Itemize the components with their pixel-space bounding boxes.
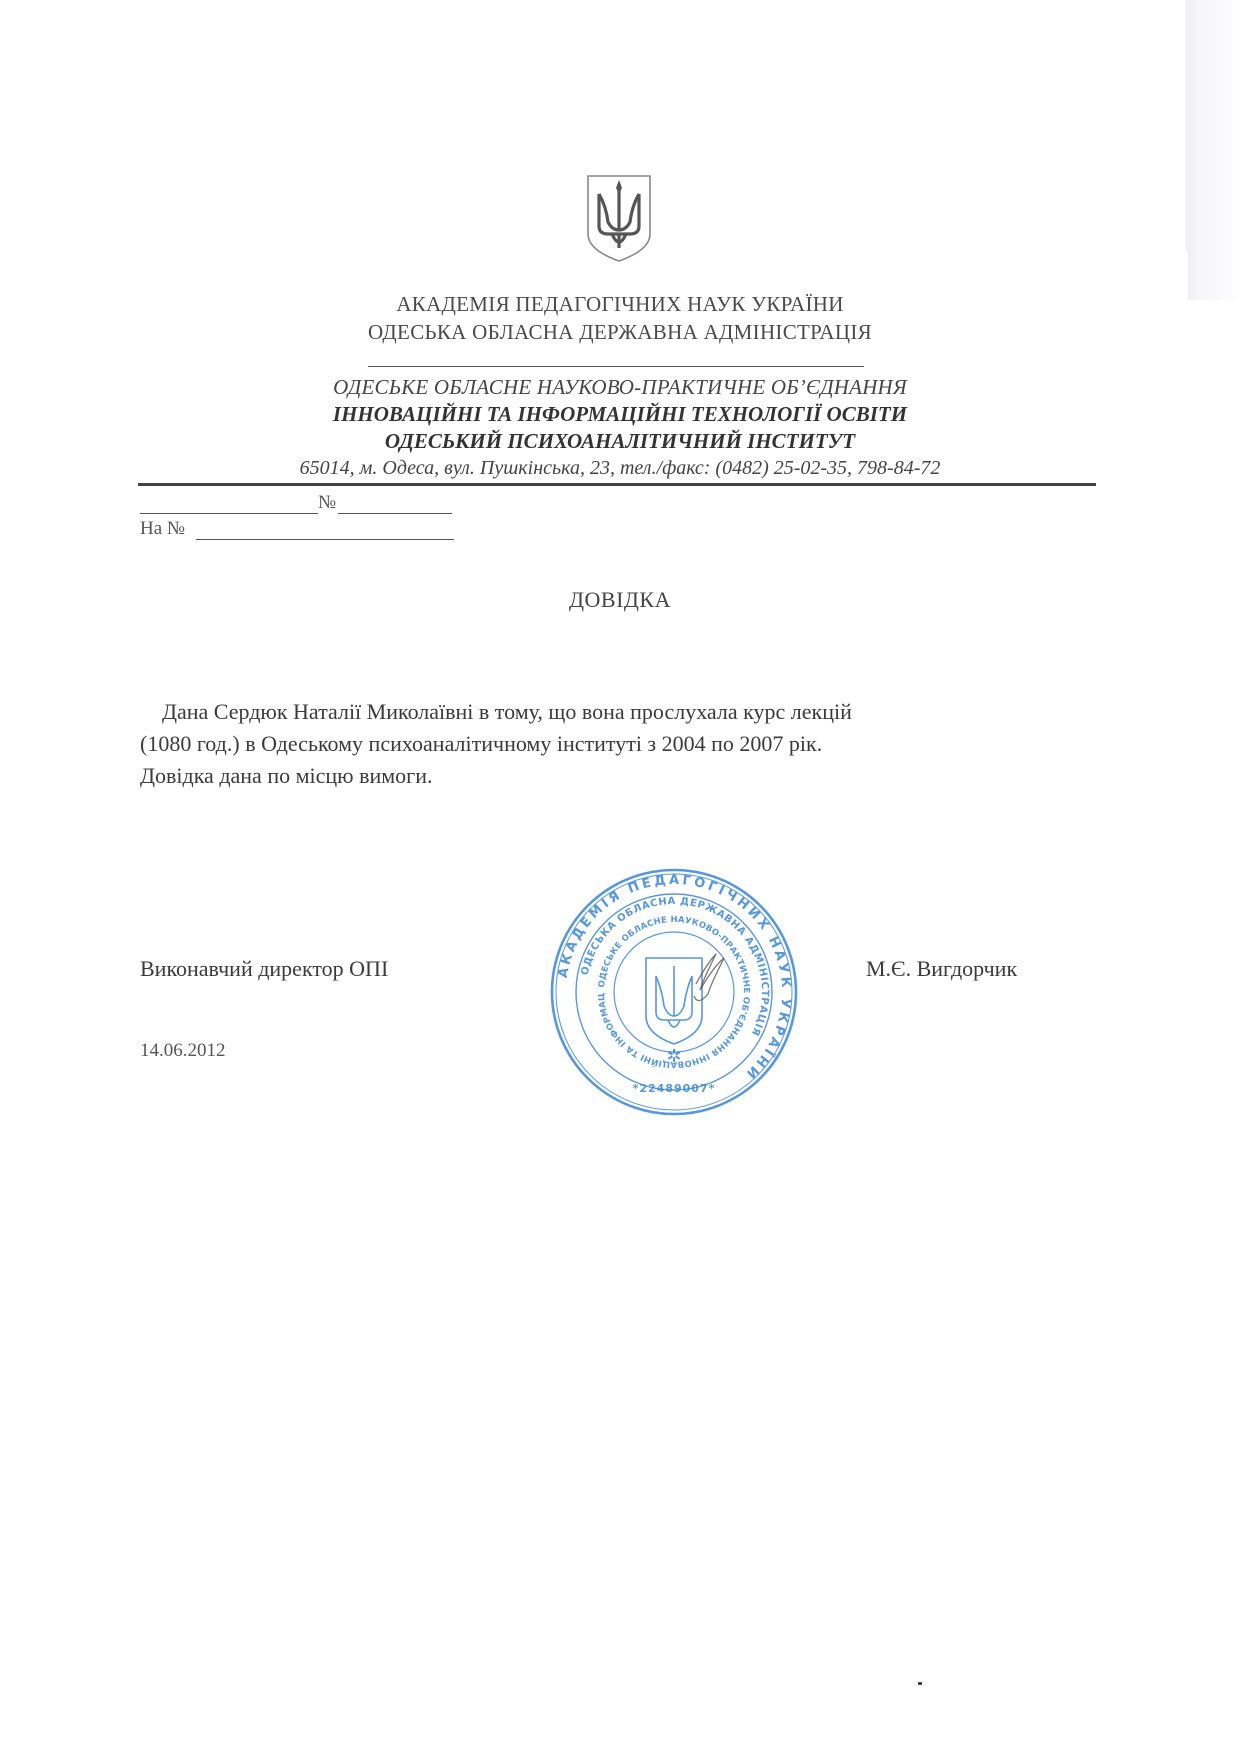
scan-edge-shadow xyxy=(1188,0,1240,300)
scan-edge-line xyxy=(1186,0,1187,250)
reply-number-row: На № xyxy=(140,518,454,540)
body-line: Довідка дана по місцю вимоги. xyxy=(140,760,1100,792)
administration-name: ОДЕСЬКА ОБЛАСНА ДЕРЖАВНА АДМІНІСТРАЦІЯ xyxy=(0,320,1240,345)
signatory-role: Виконавчий директор ОПІ xyxy=(140,956,388,982)
reply-label: На № xyxy=(140,518,185,539)
svg-text:*22489007*: *22489007* xyxy=(633,1082,716,1095)
document-date: 14.06.2012 xyxy=(140,1040,226,1062)
trident-emblem-icon xyxy=(584,172,654,264)
official-stamp-icon: АКАДЕМІЯ ПЕДАГОГІЧНИХ НАУК УКРАЇНИ ОДЕСЬ… xyxy=(548,866,800,1118)
document-title: ДОВІДКА xyxy=(0,587,1240,613)
body-line: (1080 год.) в Одеському психоаналітичном… xyxy=(140,728,1100,760)
academy-name: АКАДЕМІЯ ПЕДАГОГІЧНИХ НАУК УКРАЇНИ xyxy=(0,292,1240,317)
header-divider xyxy=(368,366,864,367)
signatory-name: М.Є. Вигдорчик xyxy=(866,956,1017,982)
institute-name: ОДЕСЬКИЙ ПСИХОАНАЛІТИЧНИЙ ІНСТИТУТ xyxy=(0,429,1240,454)
date-blank xyxy=(140,497,318,514)
reply-number-blank xyxy=(196,523,454,540)
document-body: Дана Сердюк Наталії Миколаївні в тому, щ… xyxy=(140,696,1100,792)
body-line: Дана Сердюк Наталії Миколаївні в тому, щ… xyxy=(140,696,1100,728)
letterhead-divider xyxy=(138,483,1096,486)
svg-text:✲: ✲ xyxy=(666,1046,681,1067)
institute-address: 65014, м. Одеса, вул. Пушкінська, 23, те… xyxy=(0,457,1240,480)
program-name: ІННОВАЦІЙНІ ТА ІНФОРМАЦІЙНІ ТЕХНОЛОГІЇ О… xyxy=(0,402,1240,427)
association-name: ОДЕСЬКЕ ОБЛАСНЕ НАУКОВО-ПРАКТИЧНЕ ОБ’ЄДН… xyxy=(0,375,1240,400)
outgoing-number-row: № xyxy=(140,492,452,514)
number-blank xyxy=(338,497,452,514)
scan-speck xyxy=(918,1682,922,1685)
number-label: № xyxy=(318,492,336,513)
